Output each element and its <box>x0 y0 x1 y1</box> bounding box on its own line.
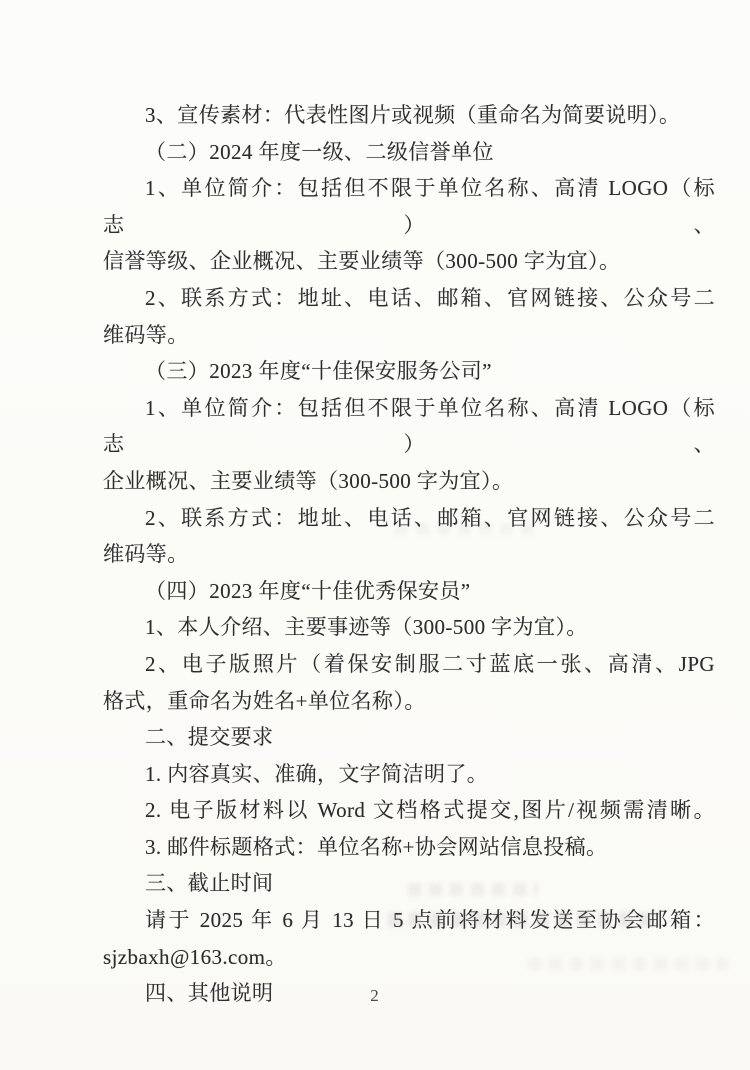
line-photo-requirements-cont: 格式，重命名为姓名+单位名称）。 <box>103 683 715 720</box>
line-personal-intro: 1、本人介绍、主要事迹等（300-500 字为宜）。 <box>103 609 715 646</box>
line-contact-1: 2、联系方式：地址、电话、邮箱、官网链接、公众号二 <box>103 280 715 317</box>
line-unit-intro-1-cont: 信誉等级、企业概况、主要业绩等（300-500 字为宜）。 <box>103 243 715 280</box>
line-section-3-2023-top10-security-companies: （三）2023 年度“十佳保安服务公司” <box>103 353 715 390</box>
line-contact-1-cont: 维码等。 <box>103 317 715 354</box>
document-body: 3、宣传素材：代表性图片或视频（重命名为简要说明）。 （二）2024 年度一级、… <box>103 97 715 1012</box>
scan-bleedthrough-artifact <box>395 523 535 535</box>
line-section-2-2024-credit-units: （二）2024 年度一级、二级信誉单位 <box>103 134 715 171</box>
page-number: 2 <box>0 986 750 1006</box>
line-requirement-2: 2. 电子版材料以 Word 文档格式提交,图片/视频需清晰。 <box>103 792 715 829</box>
line-promo-materials: 3、宣传素材：代表性图片或视频（重命名为简要说明）。 <box>103 97 715 134</box>
line-unit-intro-1: 1、单位简介：包括但不限于单位名称、高清 LOGO（标志）、 <box>103 170 715 243</box>
line-unit-intro-2-cont: 企业概况、主要业绩等（300-500 字为宜）。 <box>103 463 715 500</box>
scan-bleedthrough-artifact <box>388 912 660 927</box>
line-photo-requirements: 2、电子版照片（着保安制服二寸蓝底一张、高清、JPG <box>103 646 715 683</box>
line-contact-2-cont: 维码等。 <box>103 536 715 573</box>
line-requirement-1: 1. 内容真实、准确，文字简洁明了。 <box>103 756 715 793</box>
scanned-document-page: 3、宣传素材：代表性图片或视频（重命名为简要说明）。 （二）2024 年度一级、… <box>0 0 750 1070</box>
line-unit-intro-2: 1、单位简介：包括但不限于单位名称、高清 LOGO（标志）、 <box>103 390 715 463</box>
line-section-4-2023-top10-security-guards: （四）2023 年度“十佳优秀保安员” <box>103 573 715 610</box>
scan-bleedthrough-artifact <box>408 883 538 896</box>
line-heading-submission-requirements: 二、提交要求 <box>103 719 715 756</box>
line-requirement-3: 3. 邮件标题格式：单位名称+协会网站信息投稿。 <box>103 829 715 866</box>
scan-bleedthrough-artifact <box>528 958 728 970</box>
